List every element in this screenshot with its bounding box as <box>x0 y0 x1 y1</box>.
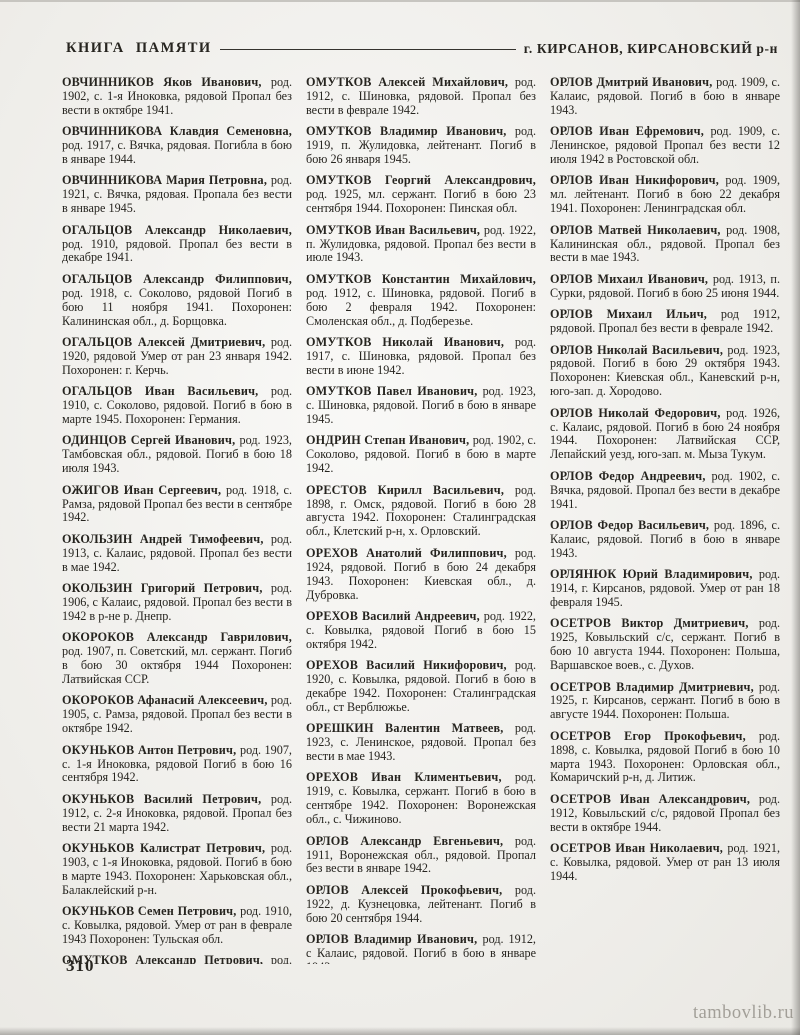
person-name: ОСЕТРОВ Виктор Дмитриевич, <box>550 616 759 630</box>
person-name: ОРЕХОВ Анатолий Филиппович, <box>306 546 515 560</box>
person-name: ОРЕХОВ Василий Никифорович, <box>306 658 515 672</box>
memorial-entry: ОКОЛЬЗИН Андрей Тимофеевич, род. 1913, с… <box>62 533 292 575</box>
memorial-entry: ОКУНЬКОВ Антон Петрович, род. 1907, с. 1… <box>62 744 292 786</box>
person-name: ОКОЛЬЗИН Андрей Тимофеевич, <box>62 532 271 546</box>
book-of-memory-page: { "header": { "left": "КНИГА ПАМЯТИ", "r… <box>0 0 800 1035</box>
person-name: ОСЕТРОВ Владимир Дмитриевич, <box>550 680 759 694</box>
person-name: ОСЕТРОВ Иван Николаевич, <box>550 841 727 855</box>
book-title: КНИГА ПАМЯТИ <box>66 40 212 57</box>
person-name: ОЖИГОВ Иван Сергеевич, <box>62 483 226 497</box>
person-name: ОМУТКОВ Павел Иванович, <box>306 384 483 398</box>
person-name: ОРЛОВ Александр Евгеньевич, <box>306 834 515 848</box>
person-name: ОНДРИН Степан Иванович, <box>306 433 473 447</box>
memorial-entry: ОРЛОВ Михаил Иванович, род. 1913, п. Сур… <box>550 273 780 301</box>
memorial-entry: ОМУТКОВ Николай Иванович, род. 1917, с. … <box>306 336 536 378</box>
memorial-entry: ОРЛОВ Матвей Николаевич, род. 1908, Кали… <box>550 224 780 266</box>
person-name: ОРЛОВ Михаил Иванович, <box>550 272 713 286</box>
person-name: ОКУНЬКОВ Василий Петрович, <box>62 792 271 806</box>
library-watermark: tambovlib.ru <box>693 1003 794 1024</box>
person-name: ОГАЛЬЦОВ Алексей Дмитриевич, <box>62 335 271 349</box>
memorial-entry: ОРЛОВ Николай Васильевич, род. 1923, ряд… <box>550 344 780 400</box>
column-2: ОМУТКОВ Алексей Михайлович, род. 1912, с… <box>306 76 536 964</box>
person-name: ОРЛОВ Дмитрий Иванович, <box>550 76 716 89</box>
person-name: ОРЛОВ Матвей Николаевич, <box>550 223 726 237</box>
person-name: ОКОРОКОВ Афанасий Алексеевич, <box>62 693 271 707</box>
person-name: ОРЛОВ Михаил Ильич, <box>550 307 721 321</box>
person-name: ОВЧИННИКОВ Яков Иванович, <box>62 76 271 89</box>
memorial-entry: ОВЧИННИКОВА Клавдия Семеновна, род. 1917… <box>62 125 292 167</box>
memorial-entry: ОРЛОВ Николай Федорович, род. 1926, с. К… <box>550 407 780 463</box>
person-name: ОРЛОВ Алексей Прокофьевич, <box>306 883 515 897</box>
person-name: ОРЛОВ Николай Федорович, <box>550 406 726 420</box>
memorial-entry: ОРЛОВ Владимир Иванович, род. 1912, с Ка… <box>306 933 536 964</box>
person-name: ОКОЛЬЗИН Григорий Петрович, <box>62 581 271 595</box>
memorial-entry: ОРЕХОВ Анатолий Филиппович, род. 1924, р… <box>306 547 536 603</box>
page-header: КНИГА ПАМЯТИ г. КИРСАНОВ, КИРСАНОВСКИЙ р… <box>66 40 778 57</box>
person-name: ОСЕТРОВ Иван Александрович, <box>550 792 759 806</box>
memorial-entry: ОМУТКОВ Алексей Михайлович, род. 1912, с… <box>306 76 536 118</box>
memorial-entry: ОСЕТРОВ Владимир Дмитриевич, род. 1925, … <box>550 681 780 723</box>
memorial-entry: ОРЕШКИН Валентин Матвеев, род. 1923, с. … <box>306 722 536 764</box>
person-name: ОРЛОВ Федор Андреевич, <box>550 469 712 483</box>
person-name: ОСЕТРОВ Егор Прокофьевич, <box>550 729 759 743</box>
person-name: ОМУТКОВ Георгий Александрович, <box>306 173 536 187</box>
district-title: г. КИРСАНОВ, КИРСАНОВСКИЙ р-н <box>524 41 778 57</box>
person-name: ОКУНЬКОВ Калистрат Петрович, <box>62 841 271 855</box>
person-name: ОРЛОВ Иван Ефремович, <box>550 124 710 138</box>
memorial-entry: ОВЧИННИКОВА Мария Петровна, род. 1921, с… <box>62 174 292 216</box>
person-name: ОРЛОВ Иван Никифорович, <box>550 173 725 187</box>
person-name: ОРЕХОВ Василий Андреевич, <box>306 609 484 623</box>
memorial-entry: ОРЕСТОВ Кирилл Васильевич, род. 1898, г.… <box>306 484 536 540</box>
person-name: ОКУНЬКОВ Антон Петрович, <box>62 743 240 757</box>
memorial-entry: ОМУТКОВ Константин Михайлович, род. 1912… <box>306 273 536 329</box>
memorial-entry: ОРЛОВ Алексей Прокофьевич, род. 1922, д.… <box>306 884 536 926</box>
memorial-entry: ОСЕТРОВ Виктор Дмитриевич, род. 1925, Ко… <box>550 617 780 673</box>
person-name: ОРЛОВ Федор Васильевич, <box>550 518 714 532</box>
memorial-entry: ОМУТКОВ Александр Петрович, род. 1902, г… <box>62 954 292 964</box>
memorial-entry: ОГАЛЬЦОВ Александр Филиппович, род. 1918… <box>62 273 292 329</box>
memorial-entry: ОГАЛЬЦОВ Александр Николаевич, род. 1910… <box>62 224 292 266</box>
person-name: ОРЛОВ Николай Васильевич, <box>550 343 727 357</box>
memorial-entry: ОРЛОВ Федор Васильевич, род. 1896, с. Ка… <box>550 519 780 561</box>
memorial-entry: ОГАЛЬЦОВ Алексей Дмитриевич, род. 1920, … <box>62 336 292 378</box>
memorial-entry: ОВЧИННИКОВ Яков Иванович, род. 1902, с. … <box>62 76 292 118</box>
memorial-entry: ОКОРОКОВ Александр Гаврилович, род. 1907… <box>62 631 292 687</box>
page-number: 310 <box>66 956 95 976</box>
entries-columns: ОВЧИННИКОВ Яков Иванович, род. 1902, с. … <box>62 76 780 964</box>
memorial-entry: ОРЕХОВ Иван Климентьевич, род. 1919, с. … <box>306 771 536 827</box>
person-name: ОВЧИННИКОВА Клавдия Семеновна, <box>62 124 292 138</box>
memorial-entry: ОРЛОВ Александр Евгеньевич, род. 1911, В… <box>306 835 536 877</box>
person-name: ОМУТКОВ Иван Васильевич, <box>306 223 484 237</box>
person-name: ОМУТКОВ Николай Иванович, <box>306 335 515 349</box>
person-name: ОКУНЬКОВ Семен Петрович, <box>62 904 240 918</box>
memorial-entry: ОКОРОКОВ Афанасий Алексеевич, род. 1905,… <box>62 694 292 736</box>
memorial-entry: ОМУТКОВ Павел Иванович, род. 1923, с. Ши… <box>306 385 536 427</box>
person-name: ОВЧИННИКОВА Мария Петровна, <box>62 173 271 187</box>
person-name: ОРЕШКИН Валентин Матвеев, <box>306 721 515 735</box>
column-1: ОВЧИННИКОВ Яков Иванович, род. 1902, с. … <box>62 76 292 964</box>
person-name: ОРЛОВ Владимир Иванович, <box>306 932 483 946</box>
memorial-entry: ОНДРИН Степан Иванович, род. 1902, с. Со… <box>306 434 536 476</box>
person-name: ОРЛЯНЮК Юрий Владимирович, <box>550 567 759 581</box>
header-divider-line <box>220 49 516 50</box>
memorial-entry: ОМУТКОВ Владимир Иванович, род. 1919, п.… <box>306 125 536 167</box>
memorial-entry: ОЖИГОВ Иван Сергеевич, род. 1918, с. Рам… <box>62 484 292 526</box>
memorial-entry: ОРЛОВ Иван Никифорович, род. 1909, мл. л… <box>550 174 780 216</box>
memorial-entry: ОРЛОВ Иван Ефремович, род. 1909, с. Лени… <box>550 125 780 167</box>
person-name: ОГАЛЬЦОВ Александр Филиппович, <box>62 272 292 286</box>
person-name: ОМУТКОВ Алексей Михайлович, <box>306 76 515 89</box>
memorial-entry: ОРЕХОВ Василий Андреевич, род. 1922, с. … <box>306 610 536 652</box>
scan-edge-right <box>791 0 800 1035</box>
person-name: ОДИНЦОВ Сергей Иванович, <box>62 433 240 447</box>
person-name: ОГАЛЬЦОВ Александр Николаевич, <box>62 223 292 237</box>
memorial-entry: ОГАЛЬЦОВ Иван Васильевич, род. 1910, с. … <box>62 385 292 427</box>
memorial-entry: ОРЛОВ Михаил Ильич, род 1912, рядовой. П… <box>550 308 780 336</box>
memorial-entry: ОДИНЦОВ Сергей Иванович, род. 1923, Тамб… <box>62 434 292 476</box>
memorial-entry: ОКУНЬКОВ Калистрат Петрович, род. 1903, … <box>62 842 292 898</box>
memorial-entry: ОСЕТРОВ Иван Николаевич, род. 1921, с. К… <box>550 842 780 884</box>
person-name: ОМУТКОВ Константин Михайлович, <box>306 272 536 286</box>
person-name: ОРЕСТОВ Кирилл Васильевич, <box>306 483 515 497</box>
scan-edge-bottom <box>0 1027 800 1035</box>
memorial-entry: ОМУТКОВ Георгий Александрович, род. 1925… <box>306 174 536 216</box>
scan-edge-top <box>0 0 800 2</box>
memorial-entry: ОРЛОВ Федор Андреевич, род. 1902, с. Вяч… <box>550 470 780 512</box>
memorial-entry: ОСЕТРОВ Егор Прокофьевич, род. 1898, с. … <box>550 730 780 786</box>
person-name: ОМУТКОВ Владимир Иванович, <box>306 124 515 138</box>
memorial-entry: ОРЛЯНЮК Юрий Владимирович, род. 1914, г.… <box>550 568 780 610</box>
person-name: ОГАЛЬЦОВ Иван Васильевич, <box>62 384 271 398</box>
memorial-entry: ОКУНЬКОВ Семен Петрович, род. 1910, с. К… <box>62 905 292 947</box>
column-3: ОРЛОВ Дмитрий Иванович, род. 1909, с. Ка… <box>550 76 780 964</box>
memorial-entry: ОКУНЬКОВ Василий Петрович, род. 1912, с.… <box>62 793 292 835</box>
memorial-entry: ОРЕХОВ Василий Никифорович, род. 1920, с… <box>306 659 536 715</box>
memorial-entry: ОРЛОВ Дмитрий Иванович, род. 1909, с. Ка… <box>550 76 780 118</box>
memorial-entry: ОСЕТРОВ Иван Александрович, род. 1912, К… <box>550 793 780 835</box>
person-name: ОРЕХОВ Иван Климентьевич, <box>306 770 515 784</box>
memorial-entry: ОКОЛЬЗИН Григорий Петрович, род. 1906, с… <box>62 582 292 624</box>
memorial-entry: ОМУТКОВ Иван Васильевич, род. 1922, п. Ж… <box>306 224 536 266</box>
person-name: ОКОРОКОВ Александр Гаврилович, <box>62 630 292 644</box>
